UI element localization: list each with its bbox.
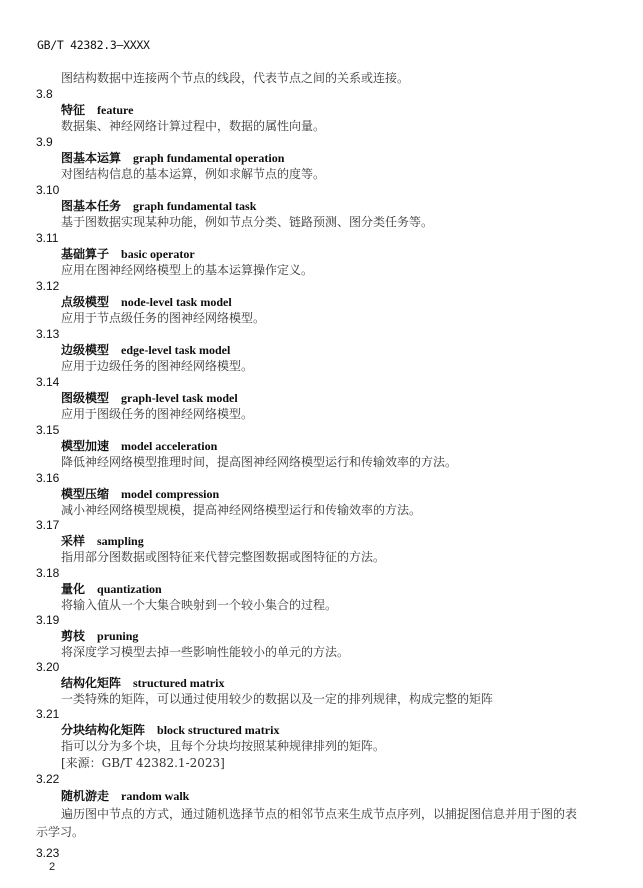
section-number: 3.10 <box>36 182 59 198</box>
term-heading: 采样sampling <box>61 533 144 549</box>
term-zh: 采样 <box>61 534 85 548</box>
term-heading: 边级模型edge-level task model <box>61 342 230 358</box>
term-definition: 数据集、神经网络计算过程中，数据的属性向量。 <box>61 118 325 134</box>
term-definition-continuation: 示学习。 <box>36 824 84 840</box>
section-number: 3.20 <box>36 659 59 675</box>
term-zh: 模型压缩 <box>61 487 109 501</box>
term-zh: 基础算子 <box>61 247 109 261</box>
term-zh: 点级模型 <box>61 295 109 309</box>
term-zh: 图基本任务 <box>61 199 121 213</box>
section-number: 3.22 <box>36 771 59 787</box>
term-heading: 图基本运算graph fundamental operation <box>61 150 284 166</box>
term-heading: 结构化矩阵structured matrix <box>61 675 224 691</box>
section-number: 3.18 <box>36 565 59 581</box>
term-heading: 模型加速model acceleration <box>61 438 217 454</box>
term-source-note: [来源：GB/T 42382.1-2023] <box>61 755 225 771</box>
section-number: 3.8 <box>36 86 53 102</box>
term-heading: 剪枝pruning <box>61 628 138 644</box>
term-zh: 结构化矩阵 <box>61 676 121 690</box>
term-en: graph fundamental operation <box>133 151 284 165</box>
section-number: 3.11 <box>36 230 58 246</box>
term-definition: 将深度学习模型去掉一些影响性能较小的单元的方法。 <box>61 644 349 660</box>
term-zh: 量化 <box>61 582 85 596</box>
document-header-id: GB/T 42382.3—XXXX <box>37 38 150 52</box>
term-en: node-level task model <box>121 295 232 309</box>
term-definition: 一类特殊的矩阵，可以通过使用较少的数据以及一定的排列规律，构成完整的矩阵 <box>61 691 493 707</box>
term-heading: 量化quantization <box>61 581 162 597</box>
section-number: 3.9 <box>36 134 53 150</box>
section-number: 3.21 <box>36 706 59 722</box>
term-zh: 特征 <box>61 103 85 117</box>
section-number: 3.13 <box>36 326 59 342</box>
term-zh: 随机游走 <box>61 789 109 803</box>
term-heading: 图基本任务graph fundamental task <box>61 198 256 214</box>
page-number: 2 <box>49 861 55 873</box>
term-en: model acceleration <box>121 439 217 453</box>
term-zh: 剪枝 <box>61 629 85 643</box>
document-page: GB/T 42382.3—XXXX 图结构数据中连接两个节点的线段，代表节点之间… <box>0 0 643 888</box>
term-heading: 基础算子basic operator <box>61 246 195 262</box>
term-en: quantization <box>97 582 162 596</box>
section-number: 3.12 <box>36 278 59 294</box>
term-en: edge-level task model <box>121 343 230 357</box>
term-definition: 基于图数据实现某种功能，例如节点分类、链路预测、图分类任务等。 <box>61 214 433 230</box>
term-en: model compression <box>121 487 219 501</box>
term-en: block structured matrix <box>157 723 279 737</box>
term-zh: 图基本运算 <box>61 151 121 165</box>
section-number: 3.23 <box>36 845 59 861</box>
term-heading: 点级模型node-level task model <box>61 294 232 310</box>
term-definition: 应用于节点级任务的图神经网络模型。 <box>61 310 265 326</box>
term-heading: 模型压缩model compression <box>61 486 219 502</box>
section-number: 3.14 <box>36 374 59 390</box>
term-definition: 对图结构信息的基本运算，例如求解节点的度等。 <box>61 166 325 182</box>
term-heading: 随机游走random walk <box>61 788 189 804</box>
term-zh: 图级模型 <box>61 391 109 405</box>
term-definition: 将输入值从一个大集合映射到一个较小集合的过程。 <box>61 597 337 613</box>
term-zh: 模型加速 <box>61 439 109 453</box>
term-en: pruning <box>97 629 138 643</box>
term-en: feature <box>97 103 133 117</box>
term-definition: 指可以分为多个块，且每个分块均按照某种规律排列的矩阵。 <box>61 738 385 754</box>
term-zh: 边级模型 <box>61 343 109 357</box>
term-definition: 应用在图神经网络模型上的基本运算操作定义。 <box>61 262 313 278</box>
term-zh: 分块结构化矩阵 <box>61 723 145 737</box>
term-definition: 应用于图级任务的图神经网络模型。 <box>61 406 253 422</box>
term-heading: 特征feature <box>61 102 133 118</box>
term-en: sampling <box>97 534 144 548</box>
term-en: graph-level task model <box>121 391 238 405</box>
term-definition: 应用于边级任务的图神经网络模型。 <box>61 358 253 374</box>
term-en: basic operator <box>121 247 195 261</box>
section-number: 3.16 <box>36 470 59 486</box>
term-definition: 减小神经网络模型规模，提高神经网络模型运行和传输效率的方法。 <box>61 502 421 518</box>
term-definition: 遍历图中节点的方式，通过随机选择节点的相邻节点来生成节点序列，以捕捉图信息并用于… <box>61 806 577 822</box>
term-heading: 分块结构化矩阵block structured matrix <box>61 722 279 738</box>
term-definition: 降低神经网络模型推理时间，提高图神经网络模型运行和传输效率的方法。 <box>61 454 457 470</box>
intro-definition-line: 图结构数据中连接两个节点的线段，代表节点之间的关系或连接。 <box>61 70 409 86</box>
term-definition: 指用部分图数据或图特征来代替完整图数据或图特征的方法。 <box>61 549 385 565</box>
term-en: random walk <box>121 789 189 803</box>
term-heading: 图级模型graph-level task model <box>61 390 238 406</box>
term-en: structured matrix <box>133 676 224 690</box>
section-number: 3.17 <box>36 517 59 533</box>
section-number: 3.19 <box>36 612 59 628</box>
section-number: 3.15 <box>36 422 59 438</box>
term-en: graph fundamental task <box>133 199 256 213</box>
